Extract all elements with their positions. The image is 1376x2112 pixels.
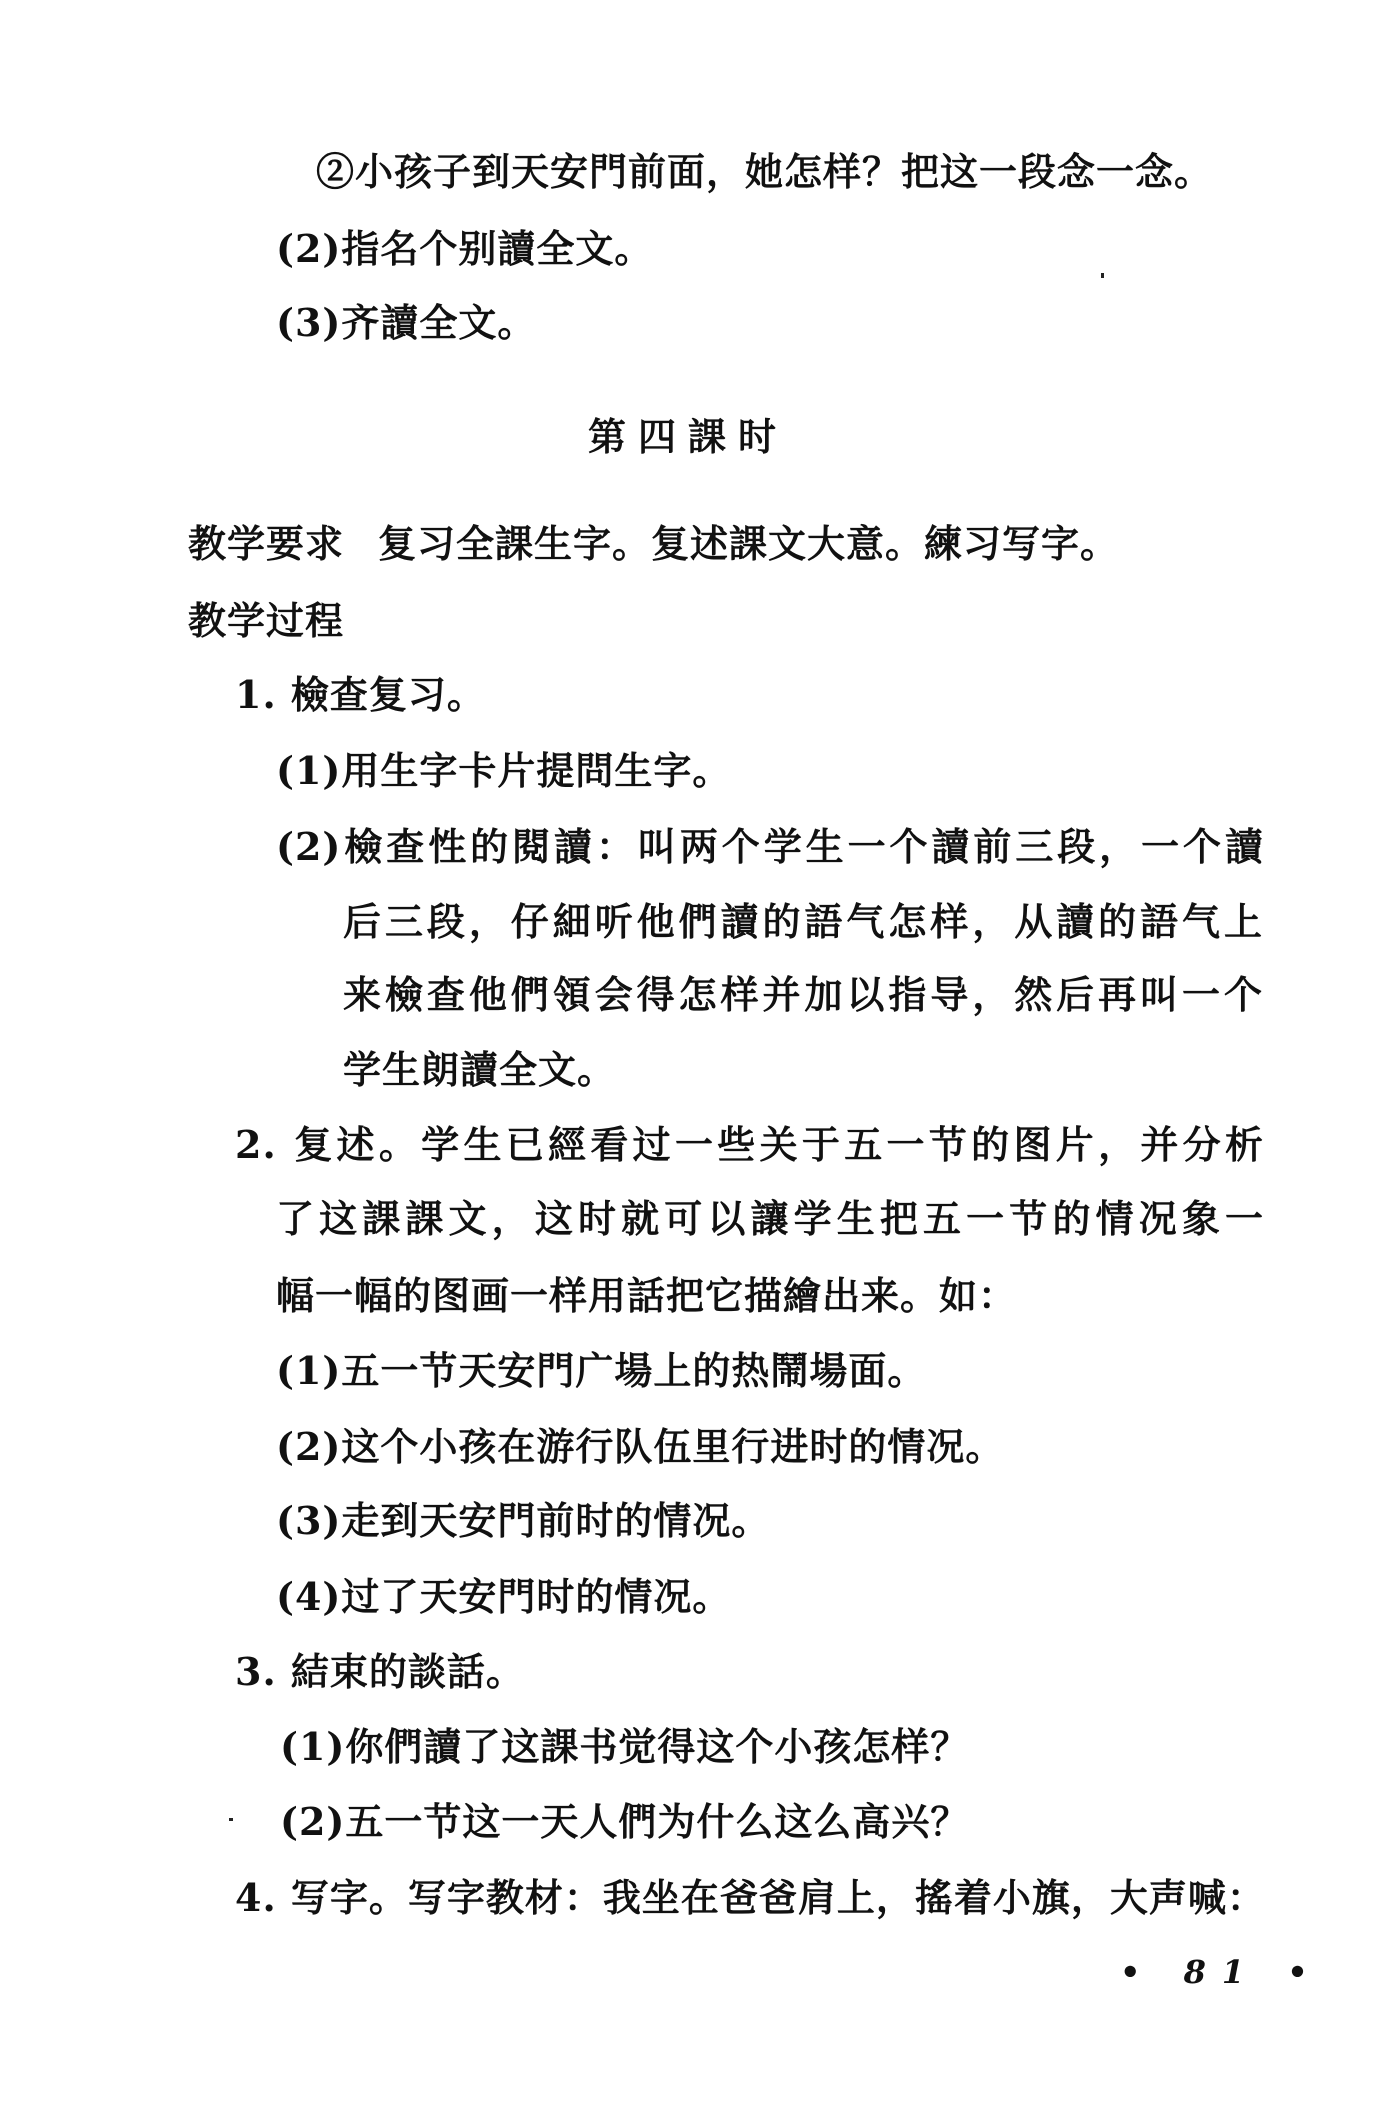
step-2-title-line-1: 2. 复述。学生已經看过一些关于五一节的图片，并分析 [235, 1120, 1264, 1170]
step-2-item-1: (1)五一节天安門广場上的热鬧場面。 [276, 1346, 926, 1396]
step-1-item-2-line-1: (2)檢查性的閱讀：叫两个学生一个讀前三段，一个讀 [276, 822, 1264, 872]
step-1-item-2-line-3: 来檢查他們領会得怎样并加以指导，然后再叫一个 [343, 970, 1263, 1020]
step-3-title: 3. 結束的談話。 [235, 1647, 525, 1697]
scan-speck [229, 1818, 233, 1821]
teaching-requirement-text: 复习全課生字。复述課文大意。練习写字。 [378, 521, 1119, 566]
teaching-process-label: 教学过程 [188, 596, 378, 646]
step-2-title-line-3: 幅一幅的图画一样用話把它描繪出来。如： [276, 1271, 1017, 1321]
book-page: ②小孩子到天安門前面，她怎样？把这一段念一念。 (2)指名个别讀全文。 (3)齐… [0, 0, 1376, 2112]
step-2-item-4: (4)过了天安門时的情况。 [276, 1572, 731, 1622]
step-1-item-1: (1)用生字卡片提問生字。 [276, 746, 731, 796]
scan-speck [1101, 273, 1104, 278]
step-1-item-2-line-2: 后三段，仔細听他們讀的語气怎样，从讀的語气上 [343, 897, 1263, 947]
step-1-item-2-line-4: 学生朗讀全文。 [343, 1045, 616, 1095]
step-4-title: 4. 写字。写字教材：我坐在爸爸肩上，搖着小旗，大声喊： [235, 1873, 1264, 1923]
page-number: • 81 • [1120, 1950, 1324, 1994]
step-1-title: 1. 檢查复习。 [235, 670, 486, 720]
teaching-requirement: 教学要求复习全課生字。复述課文大意。練习写字。 [188, 519, 1119, 569]
step-2-item-3: (3)走到天安門前时的情况。 [276, 1496, 770, 1546]
step-2-item-2: (2)这个小孩在游行队伍里行进时的情况。 [276, 1422, 1004, 1472]
item-individual-reading: (2)指名个别讀全文。 [276, 224, 653, 274]
step-3-item-2: (2)五一节这一天人們为什么这么高兴？ [280, 1797, 969, 1847]
step-3-item-1: (1)你們讀了这課书觉得这个小孩怎样？ [280, 1722, 969, 1772]
teaching-requirement-label: 教学要求 [188, 522, 344, 566]
sub-item-read-paragraph: ②小孩子到天安門前面，她怎样？把这一段念一念。 [316, 147, 1213, 197]
step-2-title-line-2: 了这課課文，这时就可以讓学生把五一节的情况象一 [276, 1194, 1264, 1244]
item-group-reading: (3)齐讀全文。 [276, 298, 536, 348]
section-heading: 第四課时 [0, 412, 1376, 462]
